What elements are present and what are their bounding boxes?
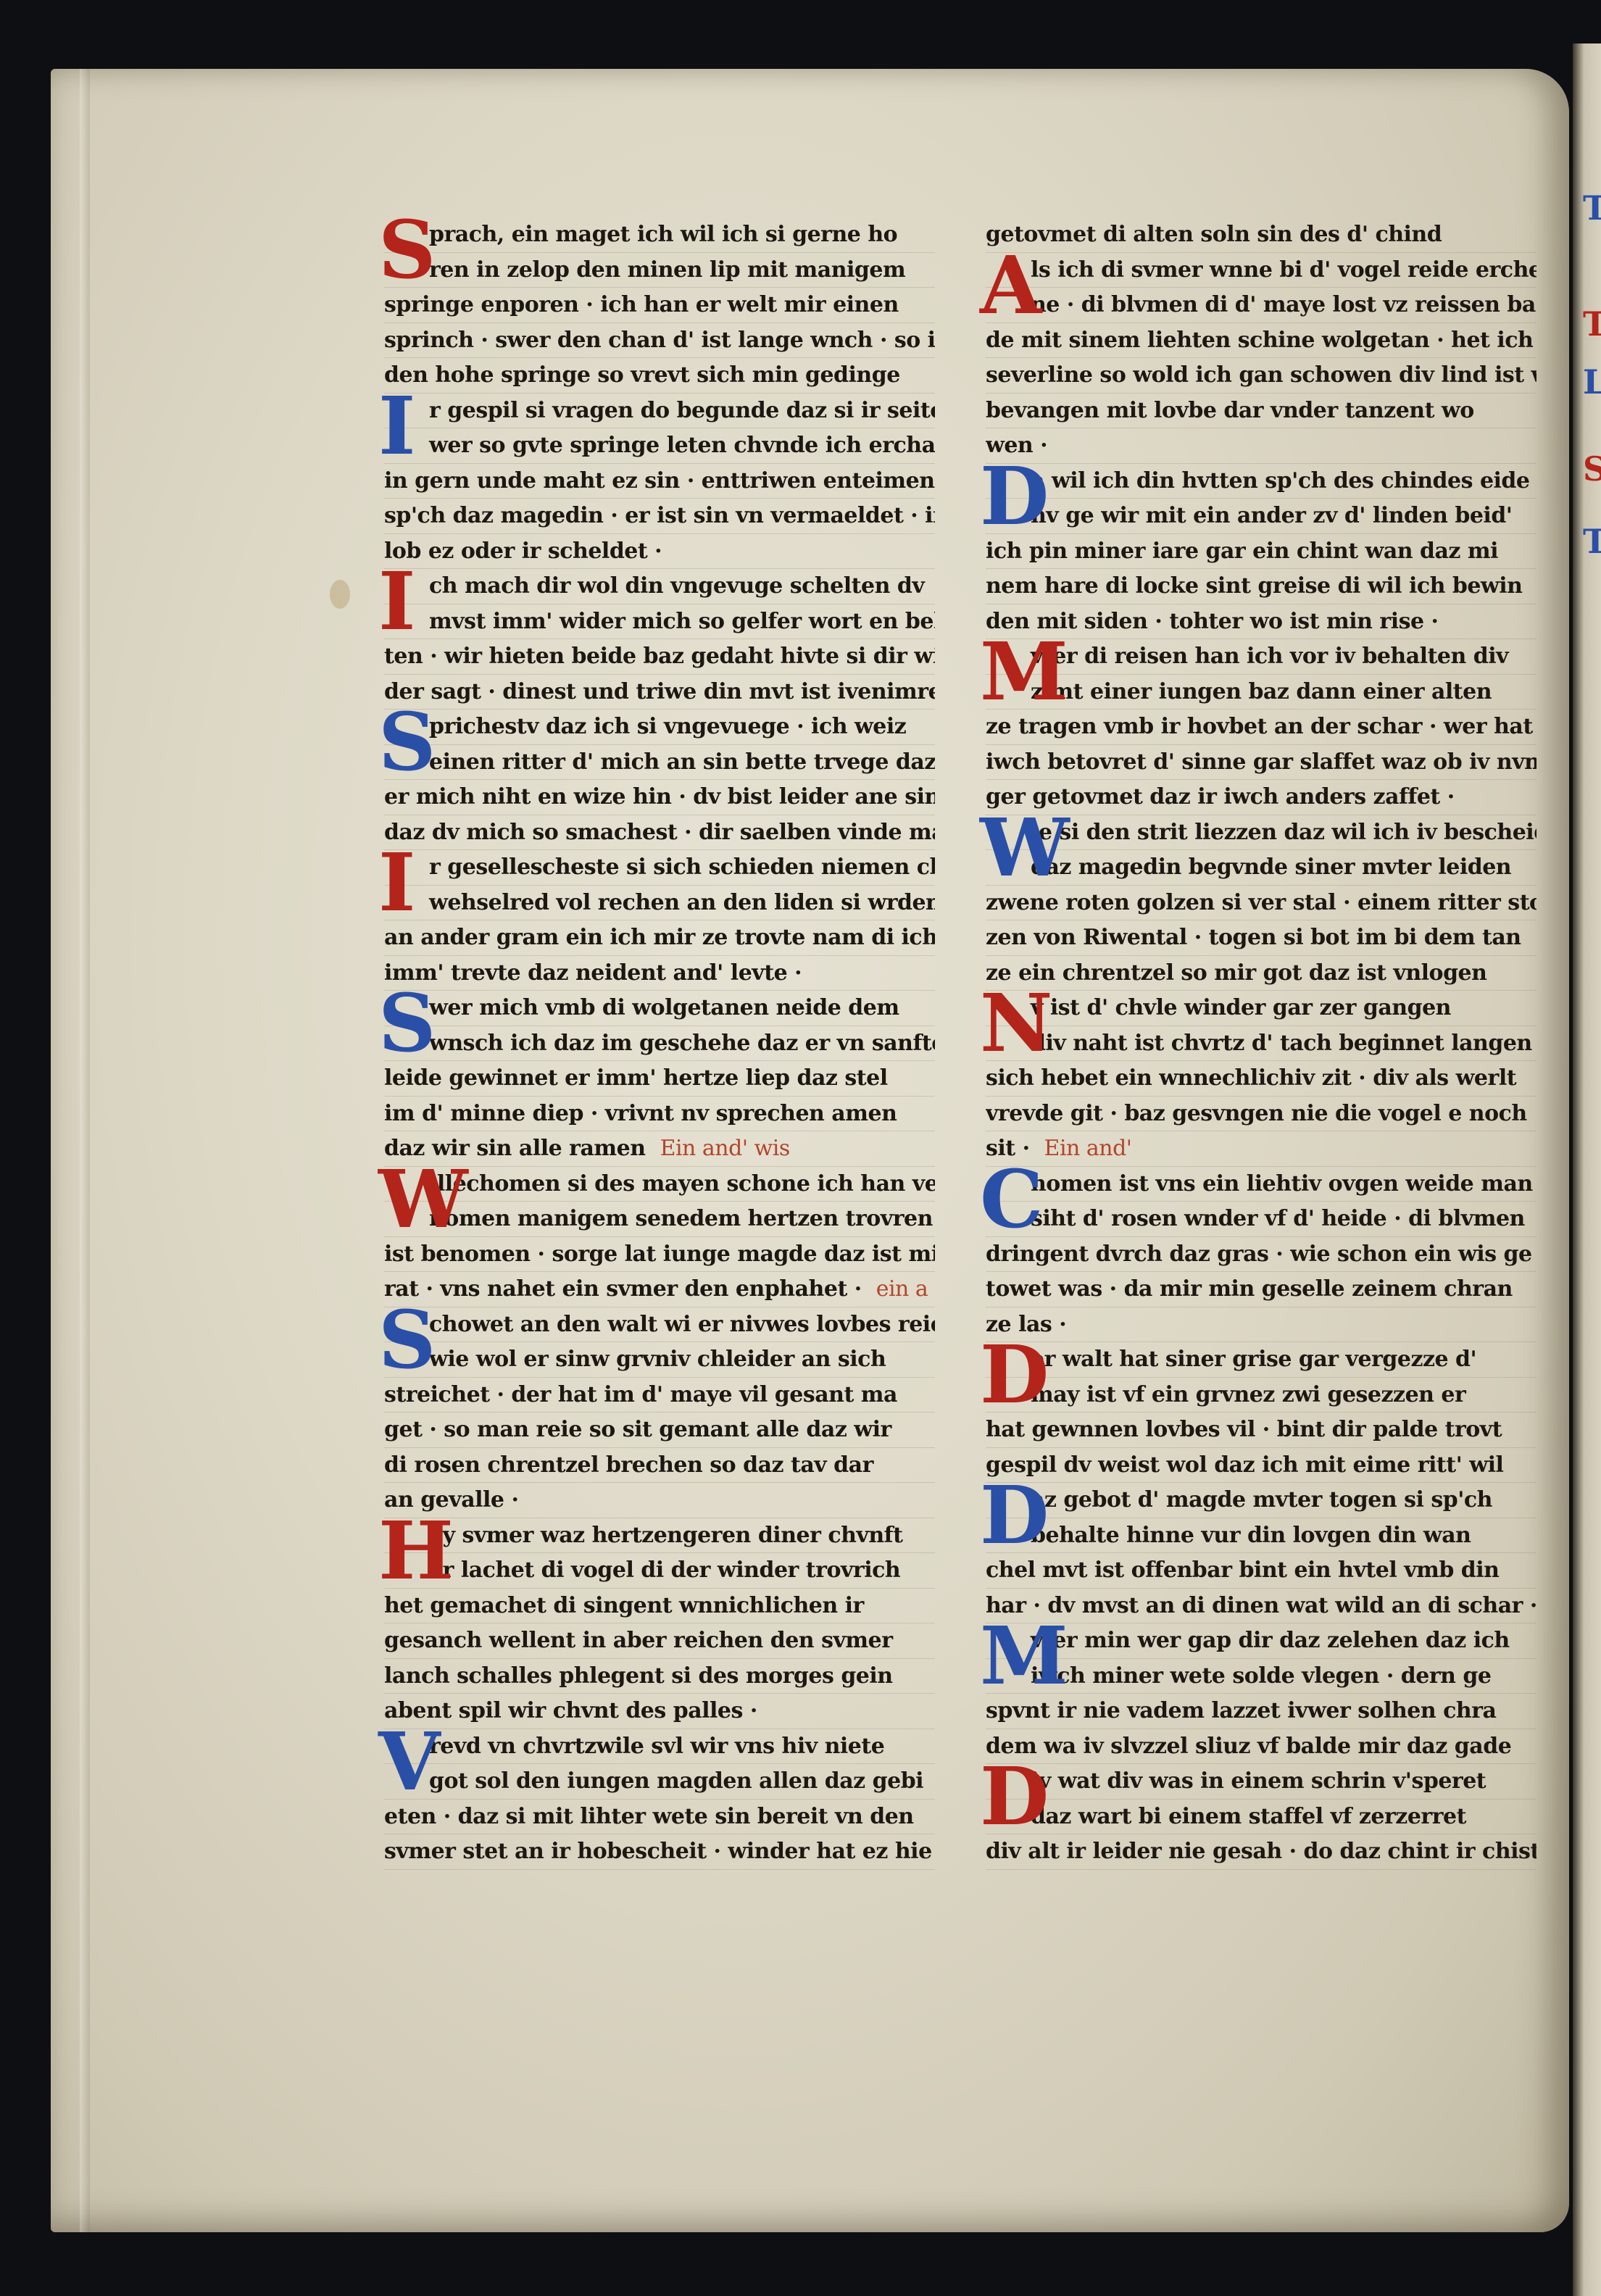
text-line: towet was · da mir min geselle zeinem ch… bbox=[986, 1272, 1536, 1307]
text-line: iv wat div was in einem schrin v'speret bbox=[986, 1764, 1536, 1800]
line-text: v ist d' chvle winder gar zer gangen bbox=[1031, 995, 1451, 1020]
line-text: ch mach dir wol din vngevuge schelten dv bbox=[429, 573, 924, 599]
text-line: may ist vf ein grvnez zwi gesezzen er bbox=[986, 1378, 1536, 1413]
line-text: nv ge wir mit ein ander zv d' linden bei… bbox=[1031, 503, 1512, 528]
line-text: ls ich di svmer wnne bi d' vogel reide e… bbox=[1031, 257, 1536, 283]
text-line: lob ez oder ir scheldet · bbox=[384, 534, 935, 570]
next-page-edge: T T L S T bbox=[1573, 43, 1601, 2296]
line-text: wer mich vmb di wolgetanen neide dem bbox=[429, 995, 899, 1020]
text-line: v ist d' chvle winder gar zer gangen bbox=[986, 991, 1536, 1026]
text-line: spvnt ir nie vadem lazzet ivwer solhen c… bbox=[986, 1694, 1536, 1729]
line-text: a wil ich din hvtten sp'ch des chindes e… bbox=[1031, 468, 1530, 494]
text-line: vter min wer gap dir daz zelehen daz ich bbox=[986, 1623, 1536, 1659]
text-line: de mit sinem liehten schine wolgetan · h… bbox=[986, 323, 1536, 359]
next-page-initial: T bbox=[1583, 304, 1601, 344]
text-line: rat · vns nahet ein svmer den enphahet ·… bbox=[384, 1272, 935, 1307]
text-line: ey svmer waz hertzengeren diner chvnft bbox=[384, 1518, 935, 1554]
stanza: Ir gesellescheste si sich schieden nieme… bbox=[384, 850, 935, 991]
line-text: im d' minne diep · vrivnt nv sprechen am… bbox=[384, 1101, 897, 1126]
line-text: rat · vns nahet ein svmer den enphahet · bbox=[384, 1276, 862, 1302]
line-text: nem hare di locke sint greise di wil ich… bbox=[986, 573, 1522, 599]
text-line: eten · daz si mit lihter wete sin bereit… bbox=[384, 1800, 935, 1835]
decorated-initial: S bbox=[378, 217, 436, 283]
line-text: ten · wir hieten beide baz gedaht hivte … bbox=[384, 644, 935, 669]
line-text: behalte hinne vur din lovgen din wan bbox=[1031, 1523, 1471, 1548]
decorated-initial: H bbox=[378, 1518, 454, 1584]
text-line: abent spil wir chvnt des palles · bbox=[384, 1694, 935, 1729]
text-line: behalte hinne vur din lovgen din wan bbox=[986, 1518, 1536, 1554]
text-line: dem wa iv slvzzel sliuz vf balde mir daz… bbox=[986, 1729, 1536, 1765]
decorated-initial: S bbox=[378, 1307, 436, 1373]
line-text: sich hebet ein wnnechlichiv zit · div al… bbox=[986, 1065, 1516, 1091]
decorated-initial: D bbox=[980, 464, 1049, 529]
line-text: den hohe springe so vrevt sich min gedin… bbox=[384, 362, 900, 388]
line-text: sprinch · swer den chan d' ist lange wnc… bbox=[384, 328, 935, 353]
line-text: imm' trevte daz neident and' levte · bbox=[384, 960, 802, 986]
text-line: wehselred vol rechen an den liden si wrd… bbox=[384, 886, 935, 921]
text-line: ze ein chrentzel so mir got daz ist vnlo… bbox=[986, 956, 1536, 991]
stanza: Sprichestv daz ich si vngevuege · ich we… bbox=[384, 710, 935, 850]
line-text: lob ez oder ir scheldet · bbox=[384, 538, 662, 564]
line-text: gesanch wellent in aber reichen den svme… bbox=[384, 1628, 893, 1653]
stanza: getovmet di alten soln sin des d' chind bbox=[986, 217, 1536, 253]
text-line: den hohe springe so vrevt sich min gedin… bbox=[384, 358, 935, 394]
text-line: revd vn chvrtzwile svl wir vns hiv niete bbox=[384, 1729, 935, 1765]
line-text: prichestv daz ich si vngevuege · ich wei… bbox=[429, 714, 906, 739]
text-line: zimt einer iungen baz dann einer alten bbox=[986, 675, 1536, 710]
text-line: er mich niht en wize hin · dv bist leide… bbox=[384, 780, 935, 815]
line-text: prach, ein maget ich wil ich si gerne ho bbox=[429, 222, 897, 247]
text-line: sprinch · swer den chan d' ist lange wnc… bbox=[384, 323, 935, 359]
text-line: severline so wold ich gan schowen div li… bbox=[986, 358, 1536, 394]
line-text: vter di reisen han ich vor iv behalten d… bbox=[1031, 644, 1508, 669]
line-text: iwch betovret d' sinne gar slaffet waz o… bbox=[986, 749, 1536, 775]
text-line: gespil dv weist wol daz ich mit eime rit… bbox=[986, 1448, 1536, 1484]
text-line: vter di reisen han ich vor iv behalten d… bbox=[986, 639, 1536, 675]
line-text: dem wa iv slvzzel sliuz vf balde mir daz… bbox=[986, 1734, 1511, 1759]
decorated-initial: I bbox=[378, 394, 415, 459]
line-text: towet was · da mir min geselle zeinem ch… bbox=[986, 1276, 1513, 1302]
stanza: Daz gebot d' magde mvter togen si sp'chb… bbox=[986, 1483, 1536, 1623]
line-text: vrevde git · baz gesvngen nie die vogel … bbox=[986, 1101, 1527, 1126]
line-text: het gemachet di singent wnnichlichen ir bbox=[384, 1593, 864, 1618]
text-line: prach, ein maget ich wil ich si gerne ho bbox=[384, 217, 935, 253]
text-line: imm' trevte daz neident and' levte · bbox=[384, 956, 935, 991]
text-line: an ander gram ein ich mir ze trovte nam … bbox=[384, 920, 935, 956]
text-line: im d' minne diep · vrivnt nv sprechen am… bbox=[384, 1097, 935, 1132]
text-line: prichestv daz ich si vngevuege · ich wei… bbox=[384, 710, 935, 745]
decorated-initial: M bbox=[980, 639, 1068, 704]
line-text: illechomen si des mayen schone ich han v… bbox=[429, 1171, 935, 1197]
text-line: ch mach dir wol din vngevuge schelten dv bbox=[384, 569, 935, 604]
decorated-initial: D bbox=[980, 1764, 1049, 1829]
line-text: wie wol er sinw grvniv chleider an sich bbox=[429, 1347, 886, 1372]
line-text: vter min wer gap dir daz zelehen daz ich bbox=[1031, 1628, 1510, 1653]
line-text: iv wat div was in einem schrin v'speret bbox=[1031, 1768, 1486, 1794]
line-text: springe enporen · ich han er welt mir ei… bbox=[384, 292, 899, 317]
text-line: get · so man reie so sit gemant alle daz… bbox=[384, 1413, 935, 1448]
rubric-note: ein a d' bbox=[876, 1276, 935, 1302]
text-line: div naht ist chvrtz d' tach beginnet lan… bbox=[986, 1026, 1536, 1062]
text-line: springe enporen · ich han er welt mir ei… bbox=[384, 288, 935, 323]
line-text: daz dv mich so smachest · dir saelben vi… bbox=[384, 820, 935, 845]
decorated-initial: I bbox=[378, 850, 415, 915]
stanza: Wie si den strit liezzen daz wil ich iv … bbox=[986, 815, 1536, 991]
line-text: er lachet di vogel di der winder trovric… bbox=[429, 1557, 900, 1583]
line-text: ne · di blvmen di d' maye lost vz reisse… bbox=[1031, 292, 1536, 317]
decorated-initial: N bbox=[980, 991, 1053, 1056]
line-text: may ist vf ein grvnez zwi gesezzen er bbox=[1031, 1382, 1465, 1407]
line-text: lanch schalles phlegent si des morges ge… bbox=[384, 1663, 893, 1689]
text-line: an gevalle · bbox=[384, 1483, 935, 1518]
text-line: svmer stet an ir hobescheit · winder hat… bbox=[384, 1834, 935, 1870]
text-line: lanch schalles phlegent si des morges ge… bbox=[384, 1659, 935, 1694]
line-text: streichet · der hat im d' maye vil gesan… bbox=[384, 1382, 897, 1407]
line-text: get · so man reie so sit gemant alle daz… bbox=[384, 1417, 891, 1442]
stanza: Chomen ist vns ein liehtiv ovgen weide m… bbox=[986, 1167, 1536, 1343]
stanza: Mvter di reisen han ich vor iv behalten … bbox=[986, 639, 1536, 815]
line-text: iwch miner wete solde vlegen · dern ge bbox=[1031, 1663, 1491, 1689]
line-text: daz magedin begvnde siner mvter leiden bbox=[1031, 854, 1511, 880]
line-text: severline so wold ich gan schowen div li… bbox=[986, 362, 1536, 388]
line-text: zen von Riwental · togen si bot im bi de… bbox=[986, 925, 1521, 950]
text-line: di rosen chrentzel brechen so daz tav da… bbox=[384, 1448, 935, 1484]
line-text: daz wart bi einem staffel vf zerzerret bbox=[1031, 1804, 1466, 1829]
text-line: in gern unde maht ez sin · enttriwen ent… bbox=[384, 464, 935, 499]
line-text: di rosen chrentzel brechen so daz tav da… bbox=[384, 1452, 873, 1478]
line-text: har · dv mvst an di dinen wat wild an di… bbox=[986, 1593, 1536, 1618]
text-line: ne · di blvmen di d' maye lost vz reisse… bbox=[986, 288, 1536, 323]
line-text: svmer stet an ir hobescheit · winder hat… bbox=[384, 1839, 932, 1864]
line-text: getovmet di alten soln sin des d' chind bbox=[986, 222, 1442, 247]
line-text: div alt ir leider nie gesah · do daz chi… bbox=[986, 1839, 1536, 1864]
text-line: har · dv mvst an di dinen wat wild an di… bbox=[986, 1589, 1536, 1624]
stanza: Hey svmer waz hertzengeren diner chvnfte… bbox=[384, 1518, 935, 1729]
text-line: daz dv mich so smachest · dir saelben vi… bbox=[384, 815, 935, 851]
decorated-initial: S bbox=[378, 710, 436, 775]
text-column-right: getovmet di alten soln sin des d' chindA… bbox=[986, 217, 1536, 1870]
line-text: nomen manigem senedem hertzen trovren bbox=[429, 1206, 933, 1231]
text-line: hat gewnnen lovbes vil · bint dir palde … bbox=[986, 1413, 1536, 1448]
line-text: in gern unde maht ez sin · enttriwen ent… bbox=[384, 468, 935, 494]
next-page-initial: T bbox=[1583, 522, 1601, 561]
rubric-note: Ein and' bbox=[1044, 1136, 1132, 1161]
line-text: hat gewnnen lovbes vil · bint dir palde … bbox=[986, 1417, 1502, 1442]
stanza: Div wat div was in einem schrin v'speret… bbox=[986, 1764, 1536, 1870]
text-line: vrevde git · baz gesvngen nie die vogel … bbox=[986, 1097, 1536, 1132]
text-line: er lachet di vogel di der winder trovric… bbox=[384, 1553, 935, 1589]
decorated-initial: V bbox=[378, 1729, 440, 1794]
text-line: ze las · bbox=[986, 1307, 1536, 1343]
text-column-left: Sprach, ein maget ich wil ich si gerne h… bbox=[384, 217, 935, 1870]
line-text: gespil dv weist wol daz ich mit eime rit… bbox=[986, 1452, 1503, 1478]
decorated-initial: A bbox=[980, 253, 1041, 318]
decorated-initial: C bbox=[980, 1167, 1044, 1232]
stanza: Nv ist d' chvle winder gar zer gangendiv… bbox=[986, 991, 1536, 1167]
stanza: Swer mich vmb di wolgetanen neide demwns… bbox=[384, 991, 935, 1167]
text-line: r gespil si vragen do begunde daz si ir … bbox=[384, 394, 935, 429]
text-line: gesanch wellent in aber reichen den svme… bbox=[384, 1623, 935, 1659]
text-line: wer mich vmb di wolgetanen neide dem bbox=[384, 991, 935, 1026]
text-line: siht d' rosen wnder vf d' heide · di blv… bbox=[986, 1202, 1536, 1237]
text-line: chel mvt ist offenbar bint ein hvtel vmb… bbox=[986, 1553, 1536, 1589]
stanza: Da wil ich din hvtten sp'ch des chindes … bbox=[986, 464, 1536, 640]
line-text: er mich niht en wize hin · dv bist leide… bbox=[384, 784, 935, 810]
line-text: az gebot d' magde mvter togen si sp'ch bbox=[1031, 1487, 1492, 1513]
text-line: sich hebet ein wnnechlichiv zit · div al… bbox=[986, 1061, 1536, 1097]
line-text: der sagt · dinest und triwe din mvt ist … bbox=[384, 679, 935, 704]
decorated-initial: W bbox=[980, 815, 1070, 881]
line-text: bevangen mit lovbe dar vnder tanzent wo bbox=[986, 398, 1474, 423]
line-text: chel mvt ist offenbar bint ein hvtel vmb… bbox=[986, 1557, 1500, 1583]
stanza: Der walt hat siner grise gar vergezze d'… bbox=[986, 1342, 1536, 1483]
text-line: a wil ich din hvtten sp'ch des chindes e… bbox=[986, 464, 1536, 499]
stanza: Sprach, ein maget ich wil ich si gerne h… bbox=[384, 217, 935, 394]
stanza: Ir gespil si vragen do begunde daz si ir… bbox=[384, 394, 935, 570]
stanza: Schowet an den walt wi er nivwes lovbes … bbox=[384, 1307, 935, 1518]
text-line: ich pin miner iare gar ein chint wan daz… bbox=[986, 534, 1536, 570]
decorated-initial: D bbox=[980, 1342, 1049, 1407]
text-line: daz wart bi einem staffel vf zerzerret bbox=[986, 1800, 1536, 1835]
line-text: an ander gram ein ich mir ze trovte nam … bbox=[384, 925, 935, 950]
line-text: r gespil si vragen do begunde daz si ir … bbox=[429, 398, 935, 423]
line-text: mvst imm' wider mich so gelfer wort en b… bbox=[429, 609, 935, 634]
stanza: Als ich di svmer wnne bi d' vogel reide … bbox=[986, 253, 1536, 464]
text-line: got sol den iungen magden allen daz gebi bbox=[384, 1764, 935, 1800]
text-line: streichet · der hat im d' maye vil gesan… bbox=[384, 1378, 935, 1413]
stanza: Mvter min wer gap dir daz zelehen daz ic… bbox=[986, 1623, 1536, 1764]
text-line: az gebot d' magde mvter togen si sp'ch bbox=[986, 1483, 1536, 1518]
line-text: homen ist vns ein liehtiv ovgen weide ma… bbox=[1031, 1171, 1533, 1197]
line-text: chowet an den walt wi er nivwes lovbes r… bbox=[429, 1312, 935, 1337]
text-line: mvst imm' wider mich so gelfer wort en b… bbox=[384, 604, 935, 640]
text-line: ls ich di svmer wnne bi d' vogel reide e… bbox=[986, 253, 1536, 288]
text-line: r gesellescheste si sich schieden niemen… bbox=[384, 850, 935, 886]
decorated-initial: M bbox=[980, 1623, 1068, 1689]
text-line: het gemachet di singent wnnichlichen ir bbox=[384, 1589, 935, 1624]
text-line: er walt hat siner grise gar vergezze d' bbox=[986, 1342, 1536, 1378]
text-line: ren in zelop den minen lip mit manigem bbox=[384, 253, 935, 288]
line-text: zimt einer iungen baz dann einer alten bbox=[1031, 679, 1492, 704]
line-text: revd vn chvrtzwile svl wir vns hiv niete bbox=[429, 1734, 884, 1759]
line-text: r gesellescheste si sich schieden niemen… bbox=[429, 854, 935, 880]
line-text: wehselred vol rechen an den liden si wrd… bbox=[429, 890, 935, 915]
line-text: dringent dvrch daz gras · wie schon ein … bbox=[986, 1241, 1532, 1267]
line-text: abent spil wir chvnt des palles · bbox=[384, 1698, 757, 1723]
text-line: bevangen mit lovbe dar vnder tanzent wo bbox=[986, 394, 1536, 429]
decorated-initial: W bbox=[378, 1167, 468, 1232]
text-line: getovmet di alten soln sin des d' chind bbox=[986, 217, 1536, 253]
line-text: siht d' rosen wnder vf d' heide · di blv… bbox=[1031, 1206, 1525, 1231]
line-text: leide gewinnet er imm' hertze liep daz s… bbox=[384, 1065, 888, 1091]
gutter-fold bbox=[80, 69, 90, 2232]
next-page-initial: T bbox=[1583, 188, 1601, 228]
line-text: wer so gvte springe leten chvnde ich erc… bbox=[429, 433, 935, 458]
next-page-initial: S bbox=[1583, 449, 1601, 488]
next-page-initial: L bbox=[1583, 362, 1601, 402]
line-text: wnsch ich daz im geschehe daz er vn sanf… bbox=[429, 1031, 935, 1056]
text-line: homen ist vns ein liehtiv ovgen weide ma… bbox=[986, 1167, 1536, 1202]
line-text: div naht ist chvrtz d' tach beginnet lan… bbox=[1031, 1031, 1532, 1056]
text-line: wnsch ich daz im geschehe daz er vn sanf… bbox=[384, 1026, 935, 1062]
stain bbox=[330, 580, 350, 609]
line-text: ey svmer waz hertzengeren diner chvnft bbox=[429, 1523, 902, 1548]
line-text: ze ein chrentzel so mir got daz ist vnlo… bbox=[986, 960, 1486, 986]
line-text: ie si den strit liezzen daz wil ich iv b… bbox=[1031, 820, 1536, 845]
text-line: dringent dvrch daz gras · wie schon ein … bbox=[986, 1237, 1536, 1273]
text-line: wer so gvte springe leten chvnde ich erc… bbox=[384, 428, 935, 464]
text-line: iwch betovret d' sinne gar slaffet waz o… bbox=[986, 745, 1536, 781]
line-text: er walt hat siner grise gar vergezze d' bbox=[1031, 1347, 1476, 1372]
text-line: iwch miner wete solde vlegen · dern ge bbox=[986, 1659, 1536, 1694]
stanza: Ich mach dir wol din vngevuge schelten d… bbox=[384, 569, 935, 710]
line-text: ich pin miner iare gar ein chint wan daz… bbox=[986, 538, 1498, 564]
text-line: zen von Riwental · togen si bot im bi de… bbox=[986, 920, 1536, 956]
text-line: ze tragen vmb ir hovbet an der schar · w… bbox=[986, 710, 1536, 745]
text-line: chowet an den walt wi er nivwes lovbes r… bbox=[384, 1307, 935, 1343]
text-line: ten · wir hieten beide baz gedaht hivte … bbox=[384, 639, 935, 675]
text-line: der sagt · dinest und triwe din mvt ist … bbox=[384, 675, 935, 710]
decorated-initial: I bbox=[378, 569, 415, 634]
stanza: Vrevd vn chvrtzwile svl wir vns hiv niet… bbox=[384, 1729, 935, 1870]
line-text: ren in zelop den minen lip mit manigem bbox=[429, 257, 905, 283]
line-text: sp'ch daz magedin · er ist sin vn vermae… bbox=[384, 503, 935, 528]
text-line: sp'ch daz magedin · er ist sin vn vermae… bbox=[384, 499, 935, 534]
text-line: den mit siden · tohter wo ist min rise · bbox=[986, 604, 1536, 640]
text-line: div alt ir leider nie gesah · do daz chi… bbox=[986, 1834, 1536, 1870]
text-line: sit ·Ein and' bbox=[986, 1131, 1536, 1167]
text-line: leide gewinnet er imm' hertze liep daz s… bbox=[384, 1061, 935, 1097]
text-line: nv ge wir mit ein ander zv d' linden bei… bbox=[986, 499, 1536, 534]
text-line: nem hare di locke sint greise di wil ich… bbox=[986, 569, 1536, 604]
line-text: de mit sinem liehten schine wolgetan · h… bbox=[986, 328, 1533, 353]
rubric-note: Ein and' wis bbox=[660, 1136, 790, 1161]
stanza: Willechomen si des mayen schone ich han … bbox=[384, 1167, 935, 1307]
decorated-initial: S bbox=[378, 991, 436, 1056]
decorated-initial: D bbox=[980, 1483, 1049, 1548]
text-line: einen ritter d' mich an sin bette trvege… bbox=[384, 745, 935, 781]
line-text: eten · daz si mit lihter wete sin bereit… bbox=[384, 1804, 914, 1829]
line-text: got sol den iungen magden allen daz gebi bbox=[429, 1768, 923, 1794]
text-line: wen · bbox=[986, 428, 1536, 464]
line-text: einen ritter d' mich an sin bette trvege… bbox=[429, 749, 935, 775]
text-line: wie wol er sinw grvniv chleider an sich bbox=[384, 1342, 935, 1378]
